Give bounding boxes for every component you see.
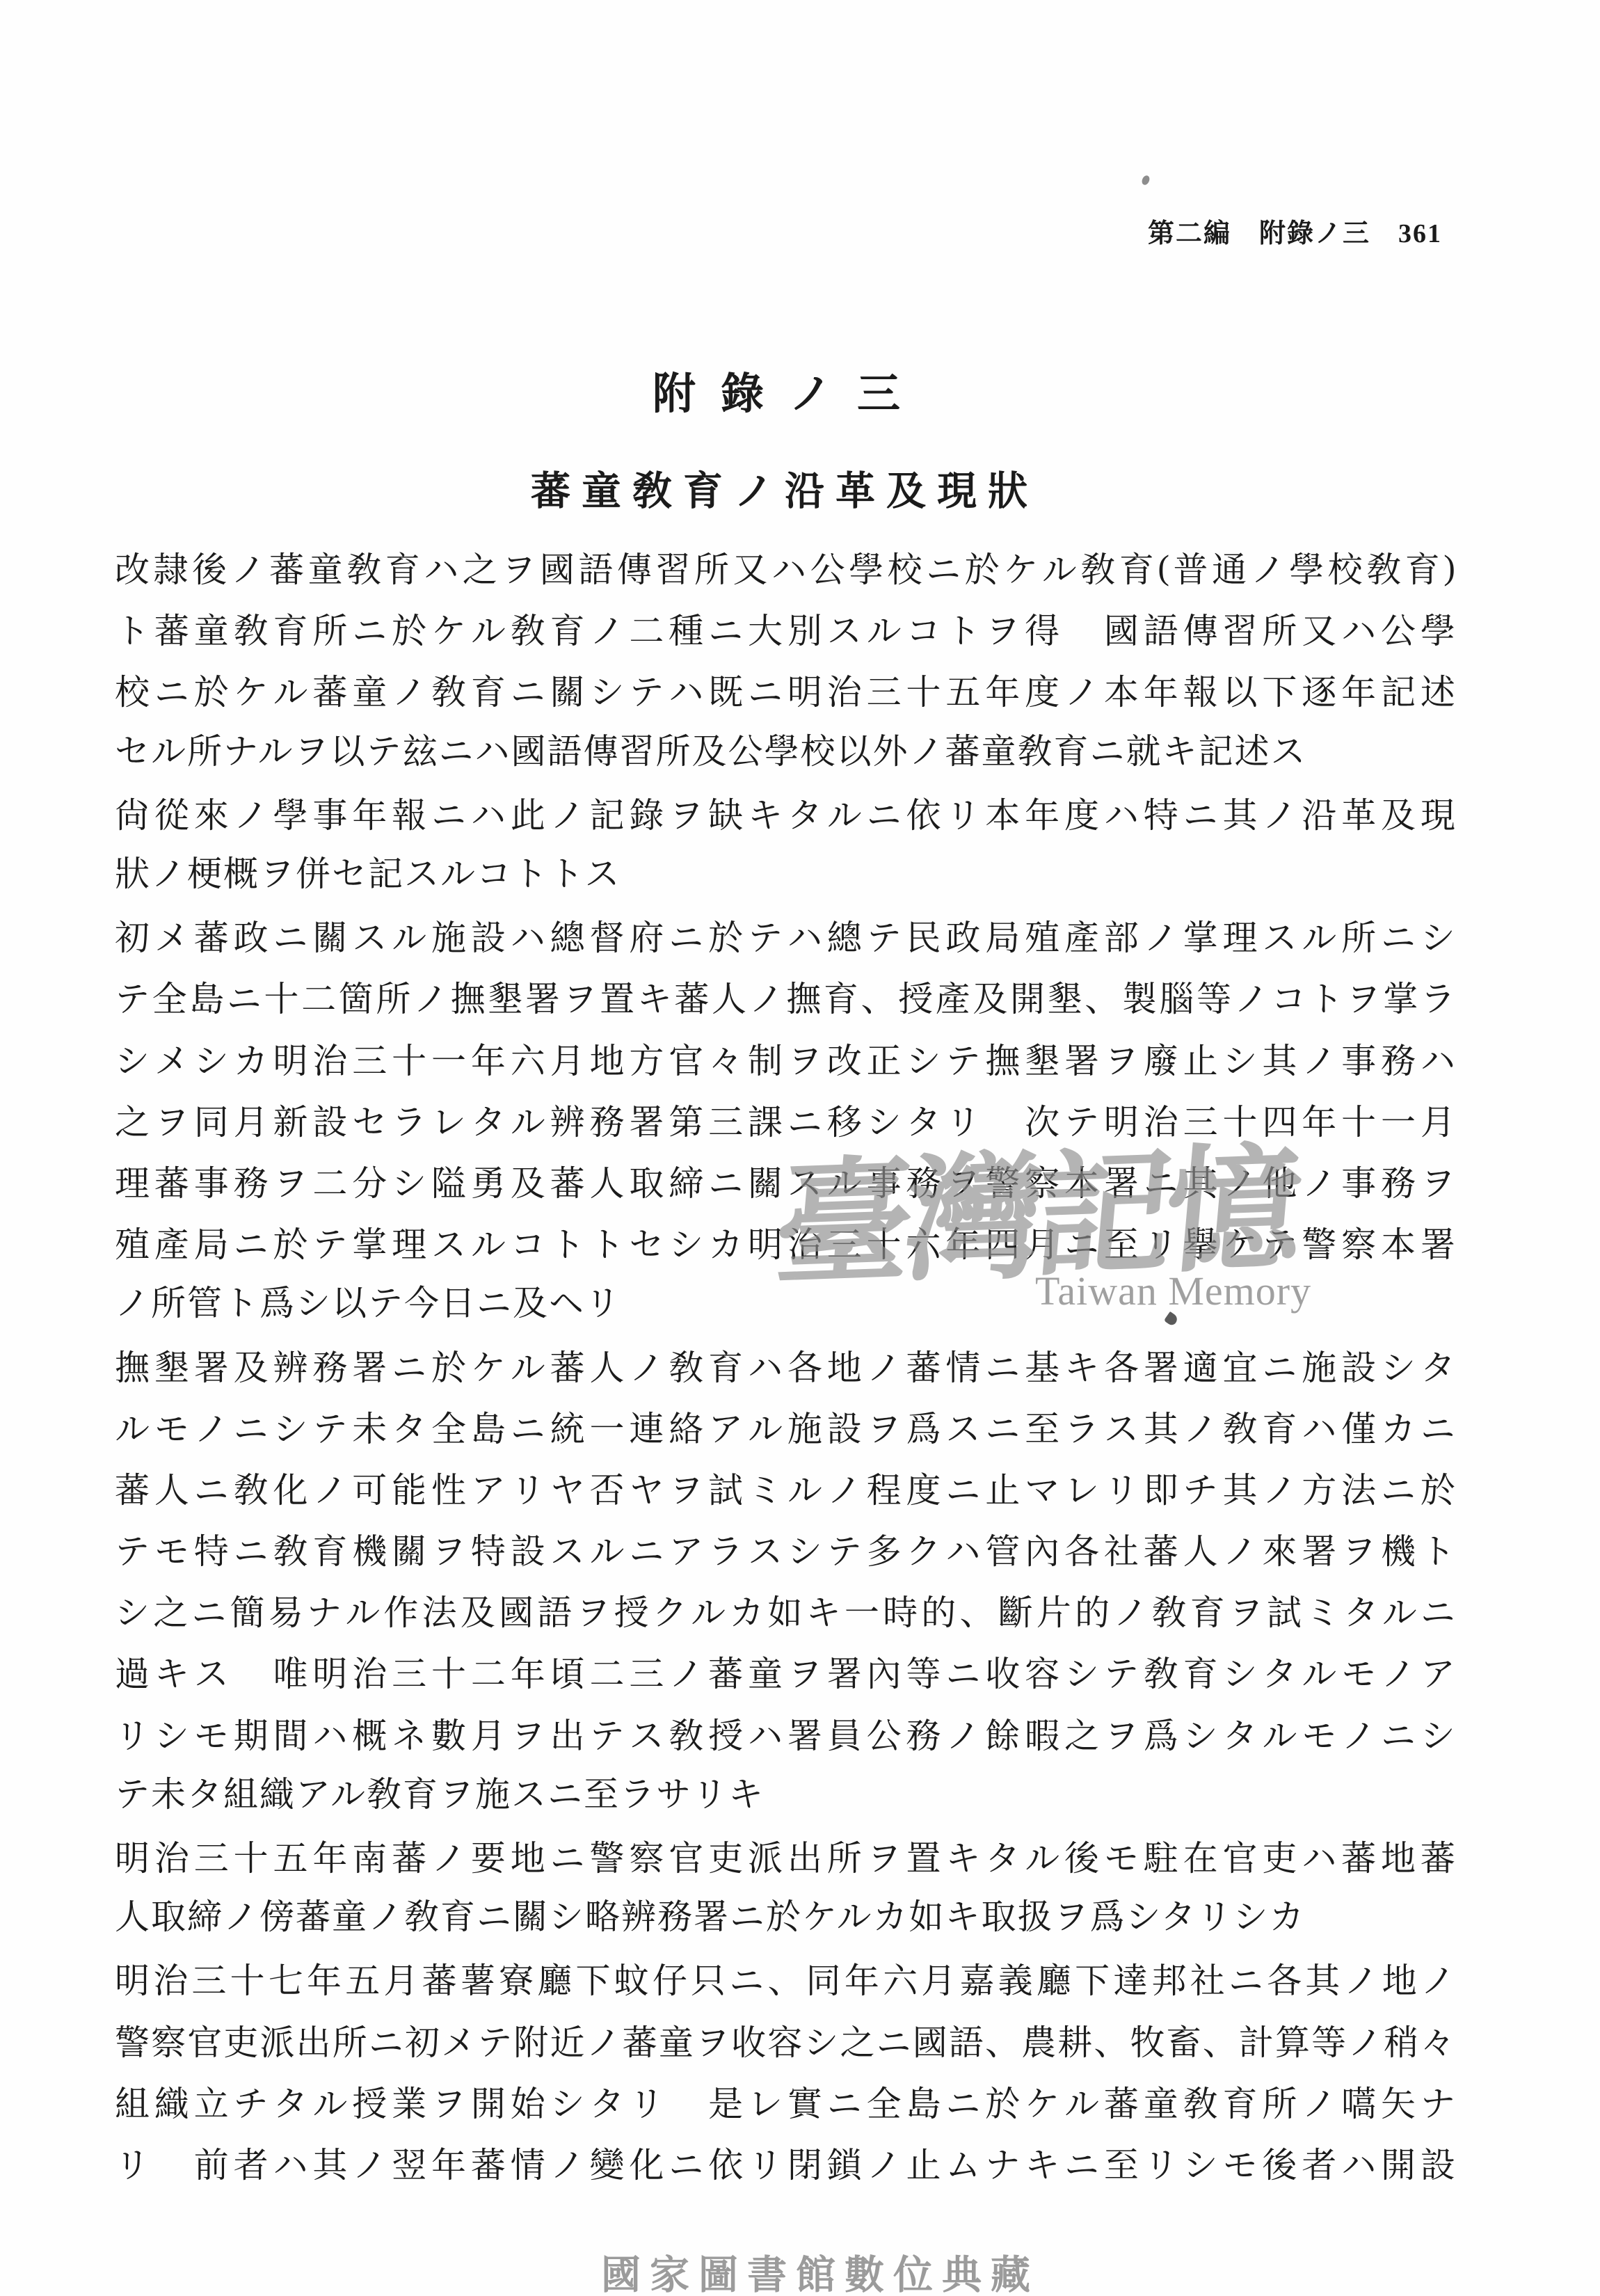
body-line: テ未タ組織アル敎育ヲ施スニ至ラサリキ <box>115 1764 1455 1825</box>
body-line: 過キス 唯明治三十二年頃二三ノ蕃童ヲ署內等ニ收容シテ敎育シタルモノア <box>115 1641 1455 1702</box>
body-line: リシモ期間ハ概ネ數月ヲ出テス敎授ハ署員公務ノ餘暇之ヲ爲シタルモノニシ <box>115 1703 1455 1764</box>
body-line: ルモノニシテ未タ全島ニ統一連絡アル施設ヲ爲スニ至ラス其ノ敎育ハ僅カニ <box>115 1396 1455 1457</box>
body-line: 組織立チタル授業ヲ開始シタリ 是レ實ニ全島ニ於ケル蕃童敎育所ノ嚆矢ナ <box>115 2071 1455 2132</box>
body-line: リ 前者ハ其ノ翌年蕃情ノ變化ニ依リ閉鎖ノ止ムナキニ至リシモ後者ハ開設 <box>115 2132 1455 2193</box>
body-line: ノ所管ト爲シ以テ今日ニ及ヘリ <box>115 1273 1455 1334</box>
body-line: 狀ノ梗概ヲ併セ記スルコトトス <box>115 843 1455 904</box>
body-text: 改隷後ノ蕃童敎育ハ之ヲ國語傳習所又ハ公學校ニ於ケル敎育(普通ノ學校敎育) ト蕃童… <box>115 536 1455 2193</box>
body-line: シ之ニ簡易ナル作法及國語ヲ授クルカ如キ一時的、斷片的ノ敎育ヲ試ミタルニ <box>115 1579 1455 1641</box>
body-line: ト蕃童敎育所ニ於ケル敎育ノ二種ニ大別スルコトヲ得 國語傳習所又ハ公學 <box>115 598 1455 659</box>
library-footer-stamp: 國家圖書館數位典藏 <box>601 2243 1039 2296</box>
body-line: 明治三十五年南蕃ノ要地ニ警察官吏派出所ヲ置キタル後モ駐在官吏ハ蕃地蕃 <box>115 1825 1455 1886</box>
appendix-title: 附錄ノ三 <box>653 359 925 421</box>
scan-speck <box>1141 175 1151 186</box>
body-line: テモ特ニ敎育機關ヲ特設スルニアラスシテ多クハ管內各社蕃人ノ來署ヲ機ト <box>115 1518 1455 1579</box>
body-line: 蕃人ニ敎化ノ可能性アリヤ否ヤヲ試ミルノ程度ニ止マレリ即チ其ノ方法ニ於 <box>115 1457 1455 1518</box>
body-line: 警察官吏派出所ニ初メテ附近ノ蕃童ヲ收容シ之ニ國語、農耕、牧畜、計算等ノ稍々 <box>115 2009 1455 2071</box>
body-line: 之ヲ同月新設セラレタル辨務署第三課ニ移シタリ 次テ明治三十四年十一月 <box>115 1089 1455 1150</box>
body-line: 初メ蕃政ニ關スル施設ハ總督府ニ於テハ總テ民政局殖產部ノ掌理スル所ニシ <box>115 904 1455 966</box>
document-subtitle: 蕃童敎育ノ沿革及現狀 <box>531 459 1039 516</box>
body-line: セル所ナルヲ以テ玆ニハ國語傳習所及公學校以外ノ蕃童敎育ニ就キ記述ス <box>115 721 1455 782</box>
body-line: 理蕃事務ヲ二分シ隘勇及蕃人取締ニ關スル事務ヲ警察本署ニ其ノ他ノ事務ヲ <box>115 1150 1455 1211</box>
scanned-document-page: 第二編 附錄ノ三 361 附錄ノ三 蕃童敎育ノ沿革及現狀 改隷後ノ蕃童敎育ハ之ヲ… <box>0 0 1600 2296</box>
body-line: 殖產局ニ於テ掌理スルコトトセシカ明治三十六年四月ニ至リ擧ケテ警察本署 <box>115 1211 1455 1273</box>
body-line: 尙從來ノ學事年報ニハ此ノ記錄ヲ缺キタルニ依リ本年度ハ特ニ其ノ沿革及現 <box>115 782 1455 843</box>
running-head: 第二編 附錄ノ三 361 <box>1148 212 1442 250</box>
body-line: シメシカ明治三十一年六月地方官々制ヲ改正シテ撫墾署ヲ廢止シ其ノ事務ハ <box>115 1028 1455 1089</box>
body-line: 人取締ノ傍蕃童ノ敎育ニ關シ略辨務署ニ於ケルカ如キ取扱ヲ爲シタリシカ <box>115 1886 1455 1947</box>
body-line: 校ニ於ケル蕃童ノ敎育ニ關シテハ既ニ明治三十五年度ノ本年報以下逐年記述 <box>115 659 1455 720</box>
body-line: 撫墾署及辨務署ニ於ケル蕃人ノ敎育ハ各地ノ蕃情ニ基キ各署適宜ニ施設シタ <box>115 1334 1455 1395</box>
body-line: 明治三十七年五月蕃薯寮廳下蚊仔只ニ、同年六月嘉義廳下達邦社ニ各其ノ地ノ <box>115 1947 1455 2009</box>
body-line: 改隷後ノ蕃童敎育ハ之ヲ國語傳習所又ハ公學校ニ於ケル敎育(普通ノ學校敎育) <box>115 536 1455 598</box>
body-line: テ全島ニ十二箇所ノ撫墾署ヲ置キ蕃人ノ撫育、授產及開墾、製腦等ノコトヲ掌ラ <box>115 966 1455 1027</box>
